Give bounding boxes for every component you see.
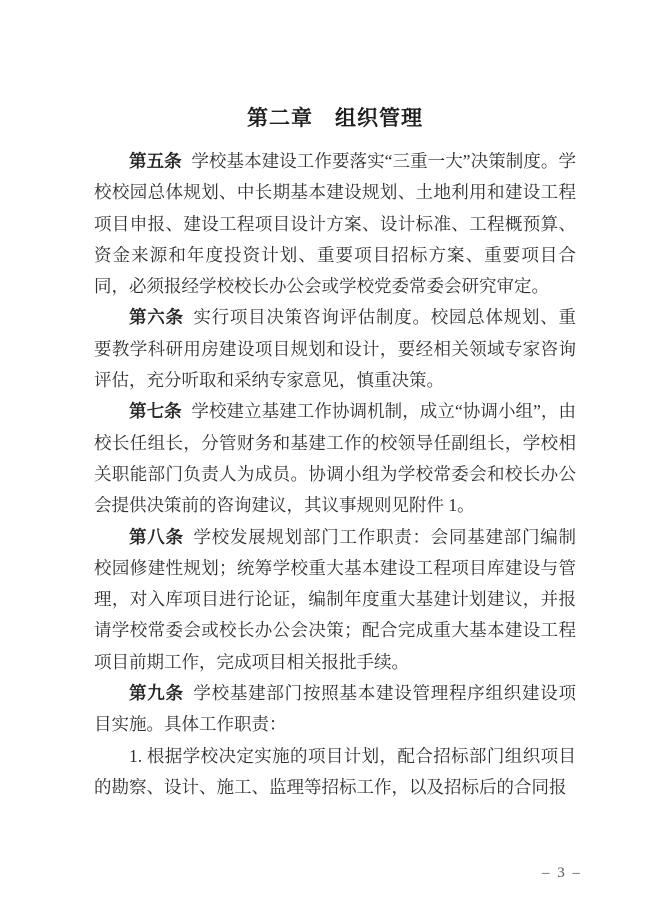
paragraph-list-item-1: 1. 根据学校决定实施的项目计划，配合招标部门组织项目的勘察、设计、施工、监理等… bbox=[94, 741, 576, 804]
document-content: 第二章 组织管理 第五条学校基本建设工作要落实“三重一大”决策制度。学校校园总体… bbox=[94, 0, 576, 803]
article-label-6: 第六条 bbox=[129, 307, 184, 327]
paragraph-text: 学校基本建设工作要落实“三重一大”决策制度。学校校园总体规划、中长期基本建设规划… bbox=[94, 151, 576, 296]
article-label-8: 第八条 bbox=[129, 527, 184, 547]
paragraph-text: 学校发展规划部门工作职责：会同基建部门编制校园修建性规划；统筹学校重大基本建设工… bbox=[94, 527, 576, 672]
paragraph-article-9: 第九条学校基建部门按照基本建设管理程序组织建设项目实施。具体工作职责： bbox=[94, 678, 576, 741]
page-number: – 3 – bbox=[542, 862, 582, 884]
chapter-title: 第二章 组织管理 bbox=[94, 104, 576, 134]
document-page: 第二章 组织管理 第五条学校基本建设工作要落实“三重一大”决策制度。学校校园总体… bbox=[0, 0, 656, 918]
paragraph-text: 1. 根据学校决定实施的项目计划，配合招标部门组织项目的勘察、设计、施工、监理等… bbox=[94, 746, 576, 797]
article-label-7: 第七条 bbox=[129, 401, 182, 421]
article-label-9: 第九条 bbox=[129, 683, 184, 703]
article-label-5: 第五条 bbox=[129, 151, 182, 171]
paragraph-article-6: 第六条实行项目决策咨询评估制度。校园总体规划、重要教学科研用房建设项目规划和设计… bbox=[94, 302, 576, 396]
paragraph-article-7: 第七条学校建立基建工作协调机制，成立“协调小组”，由校长任组长，分管财务和基建工… bbox=[94, 396, 576, 521]
paragraph-article-5: 第五条学校基本建设工作要落实“三重一大”决策制度。学校校园总体规划、中长期基本建… bbox=[94, 146, 576, 302]
document-body: 第五条学校基本建设工作要落实“三重一大”决策制度。学校校园总体规划、中长期基本建… bbox=[94, 146, 576, 803]
paragraph-article-8: 第八条学校发展规划部门工作职责：会同基建部门编制校园修建性规划；统筹学校重大基本… bbox=[94, 522, 576, 678]
